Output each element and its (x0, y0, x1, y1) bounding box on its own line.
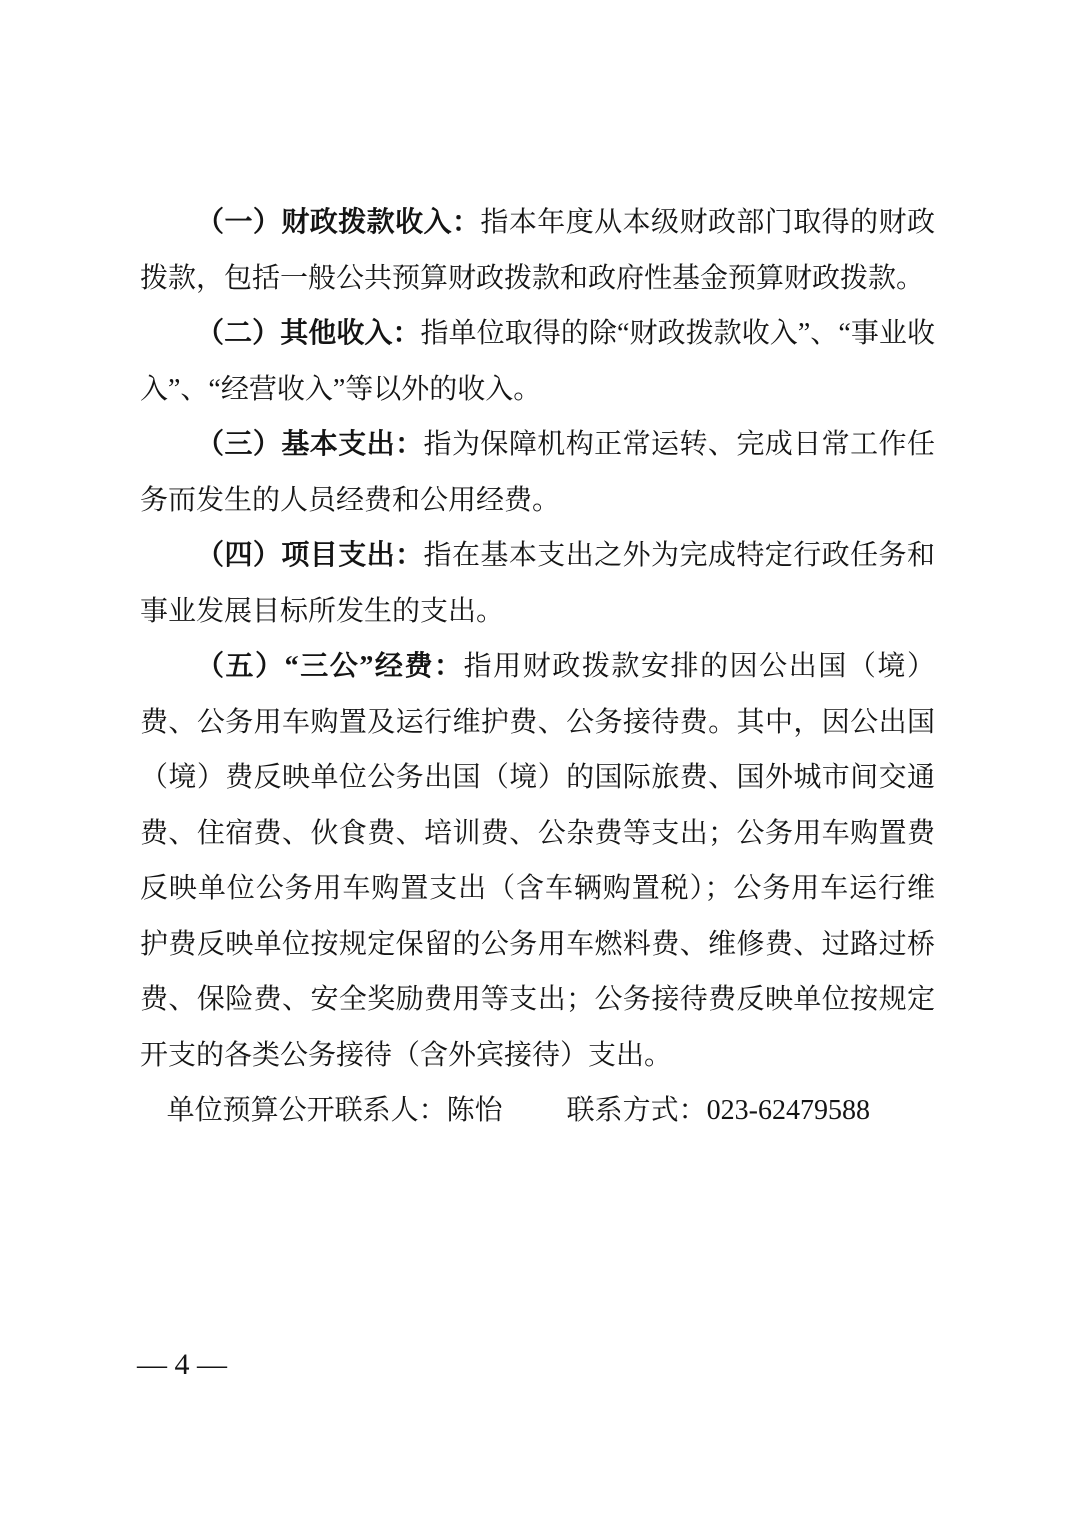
definition-paragraph-5: （五）“三公”经费：指用财政拨款安排的因公出国（境）费、公务用车购置及运行维护费… (140, 639, 935, 1083)
contact-line: 单位预算公开联系人：陈怡联系方式：023-62479588 (140, 1083, 935, 1139)
contact-person: 单位预算公开联系人：陈怡 (167, 1095, 503, 1126)
contact-person-name: 陈怡 (447, 1095, 503, 1126)
definition-paragraph-2: （二）其他收入：指单位取得的除“财政拨款收入”、“事业收入”、“经营收入”等以外… (140, 306, 935, 417)
document-body: （一）财政拨款收入：指本年度从本级财政部门取得的财政拨款，包括一般公共预算财政拨… (140, 195, 935, 1139)
paragraph-lead: （四）项目支出： (196, 540, 424, 571)
contact-phone-label: 联系方式： (567, 1095, 707, 1126)
document-page: （一）财政拨款收入：指本年度从本级财政部门取得的财政拨款，包括一般公共预算财政拨… (0, 0, 1074, 1520)
contact-phone: 联系方式：023-62479588 (567, 1095, 870, 1126)
paragraph-text: 指用财政拨款安排的因公出国（境）费、公务用车购置及运行维护费、公务接待费。其中，… (140, 651, 935, 1071)
definition-paragraph-3: （三）基本支出：指为保障机构正常运转、完成日常工作任务而发生的人员经费和公用经费… (140, 417, 935, 528)
contact-person-label: 单位预算公开联系人： (167, 1095, 447, 1126)
paragraph-lead: （五）“三公”经费： (196, 651, 464, 682)
paragraph-lead: （三）基本支出： (196, 429, 424, 460)
page-number: — 4 — (137, 1346, 227, 1384)
definition-paragraph-4: （四）项目支出：指在基本支出之外为完成特定行政任务和事业发展目标所发生的支出。 (140, 528, 935, 639)
paragraph-lead: （二）其他收入： (196, 318, 421, 349)
contact-phone-number: 023-62479588 (707, 1095, 870, 1126)
paragraph-lead: （一）财政拨款收入： (196, 207, 480, 238)
definition-paragraph-1: （一）财政拨款收入：指本年度从本级财政部门取得的财政拨款，包括一般公共预算财政拨… (140, 195, 935, 306)
